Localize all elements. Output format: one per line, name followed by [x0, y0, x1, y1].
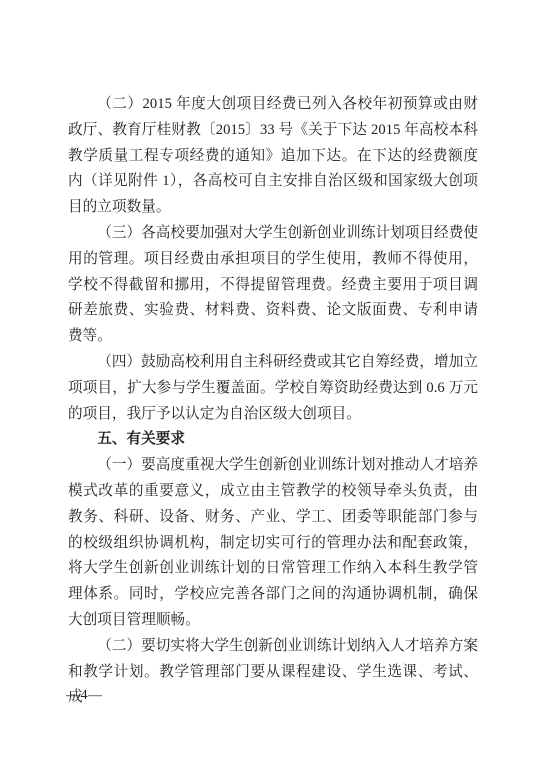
paragraph-requirement-one: （一）要高度重视大学生创新创业训练计划对推动人才培养模式改革的重要意义，成立由主…	[68, 453, 478, 634]
section-heading-requirements: 五、有关要求	[68, 427, 478, 453]
document-page: （二）2015 年度大创项目经费已列入各校年初预算或由财政厅、教育厅桂财教〔20…	[0, 0, 546, 772]
paragraph-funding-management: （三）各高校要加强对大学生创新创业训练计划项目经费使用的管理。项目经费由承担项目…	[68, 221, 478, 350]
paragraph-requirement-two: （二）要切实将大学生创新创业训练计划纳入人才培养方案和教学计划。教学管理部门要从…	[68, 634, 478, 711]
page-number: —4—	[66, 688, 103, 704]
document-text-block: （二）2015 年度大创项目经费已列入各校年初预算或由财政厅、教育厅桂财教〔20…	[68, 92, 478, 711]
paragraph-funding-source: （二）2015 年度大创项目经费已列入各校年初预算或由财政厅、教育厅桂财教〔20…	[68, 92, 478, 221]
paragraph-self-funding: （四）鼓励高校利用自主科研经费或其它自筹经费，增加立项项目，扩大参与学生覆盖面。…	[68, 350, 478, 427]
